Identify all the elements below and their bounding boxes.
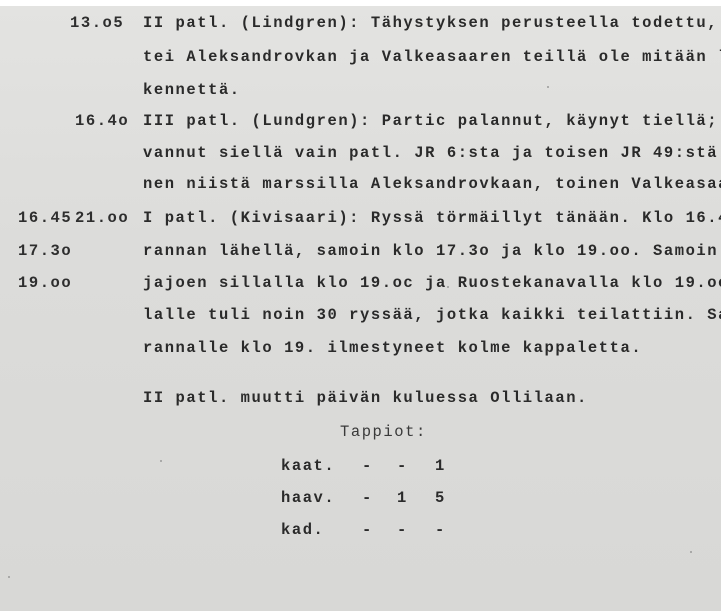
entry-text-line: rannan lähellä, samoin klo 17.3o ja klo … [143, 242, 721, 260]
entry-text-line: rannalle klo 19. ilmestyneet kolme kappa… [143, 339, 642, 357]
losses-row-label: kad. [281, 521, 324, 539]
entry-text-line: vannut siellä vain patl. JR 6:sta ja toi… [143, 144, 721, 162]
note-line: II patl. muutti päivän kuluessa Ollilaan… [143, 389, 588, 407]
paper-speck [8, 576, 10, 578]
entry-text-line: I patl. (Kivisaari): Ryssä törmäillyt tä… [143, 209, 721, 227]
losses-cell: 1 [397, 489, 408, 507]
paper-speck [690, 551, 692, 553]
entry-text-line: nen niistä marssilla Aleksandrovkaan, to… [143, 175, 721, 193]
entry-time-start: 16.45 [18, 209, 72, 227]
losses-cell: 1 [435, 457, 446, 475]
losses-cell: - [397, 521, 408, 539]
paper-speck [160, 460, 162, 462]
losses-row-label: kaat. [281, 457, 335, 475]
entry-time: 13.o5 [70, 14, 124, 32]
losses-cell: 5 [435, 489, 446, 507]
entry-time: 17.3o [18, 242, 72, 260]
entry-text-line: kennettä. [143, 81, 241, 99]
losses-row-label: haav. [281, 489, 335, 507]
losses-cell: - [397, 457, 408, 475]
entry-text-line: jajoen sillalla klo 19.oc ja Ruostekanav… [143, 274, 721, 292]
entry-time: 19.oo [18, 274, 72, 292]
losses-cell: - [362, 457, 373, 475]
losses-cell: - [435, 521, 446, 539]
document-page: 13.o5 II patl. (Lindgren): Tähystyksen p… [0, 6, 721, 611]
entry-time: 16.4o [75, 112, 129, 130]
paper-speck [447, 286, 449, 288]
entry-text-line: II patl. (Lindgren): Tähystyksen peruste… [143, 14, 721, 32]
losses-title: Tappiot: [340, 423, 427, 441]
entry-text-line: tei Aleksandrovkan ja Valkeasaaren teill… [143, 48, 721, 66]
losses-cell: - [362, 489, 373, 507]
losses-cell: - [362, 521, 373, 539]
entry-time-end: 21.oo [75, 209, 129, 227]
entry-text-line: III patl. (Lundgren): Partic palannut, k… [143, 112, 721, 130]
entry-text-line: lalle tuli noin 30 ryssää, jotka kaikki … [143, 306, 721, 324]
paper-speck [547, 86, 549, 88]
